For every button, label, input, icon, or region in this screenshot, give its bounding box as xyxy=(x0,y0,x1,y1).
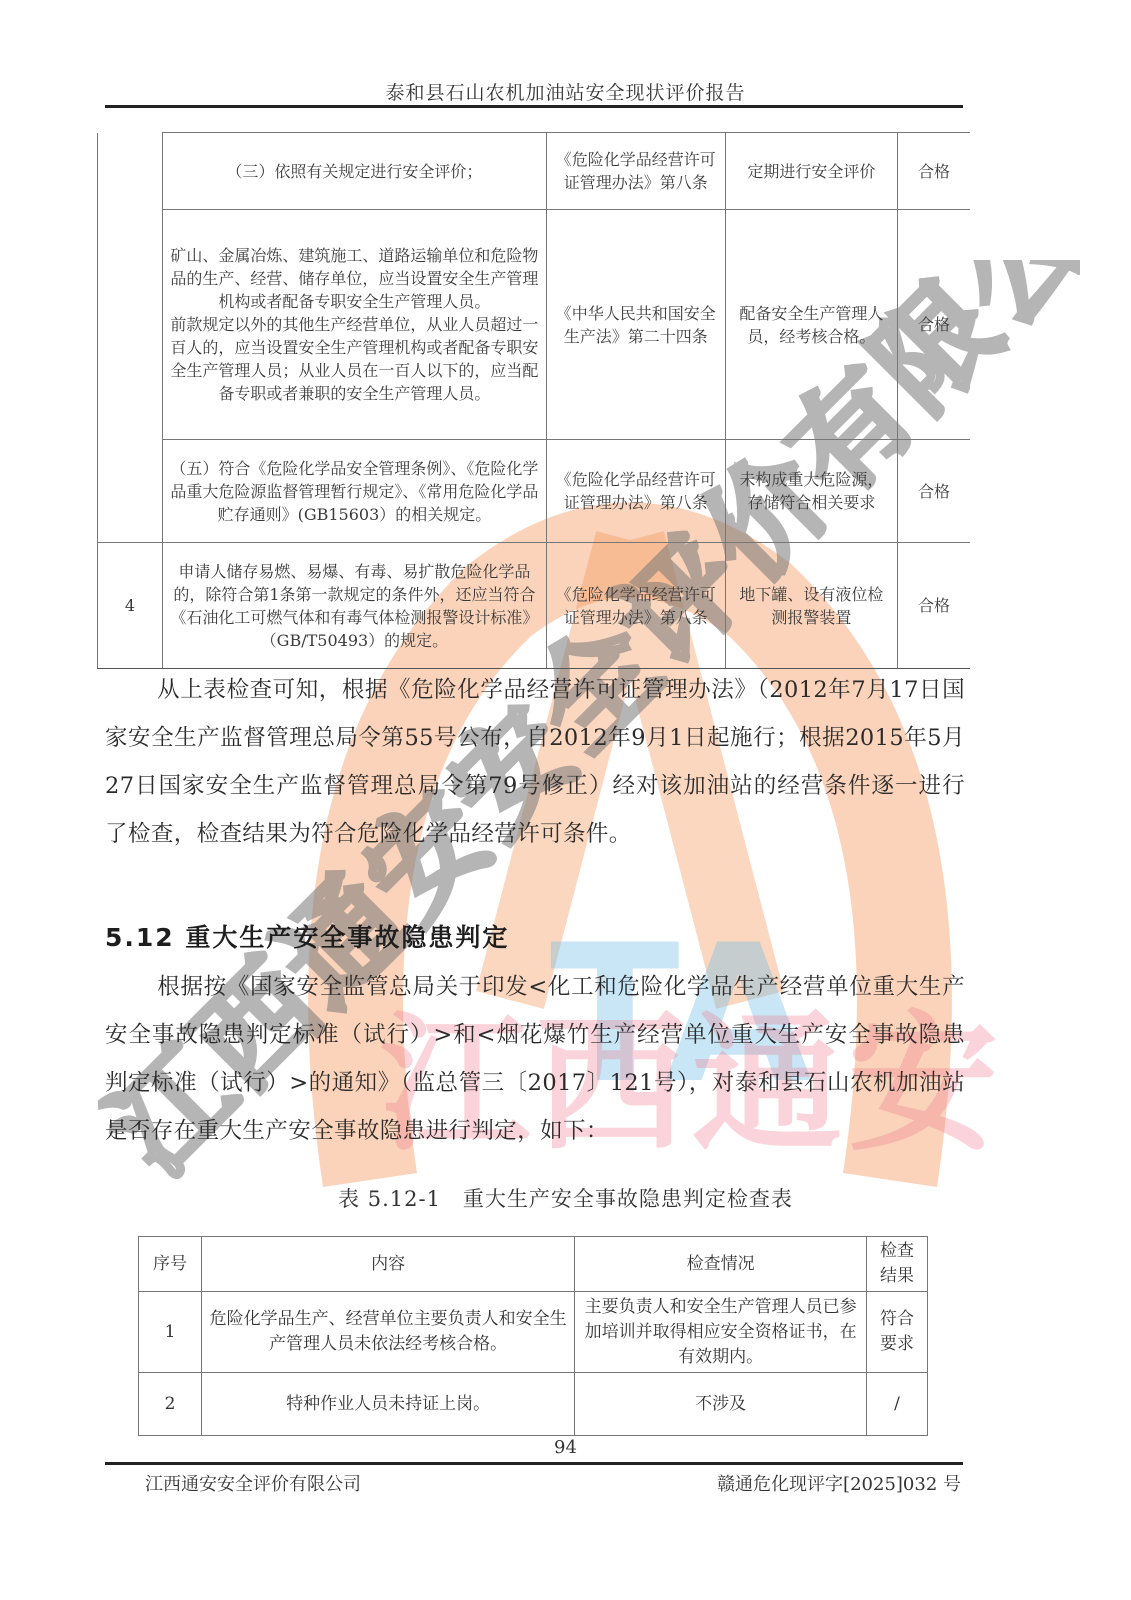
footer-company: 江西通安安全评价有限公司 xyxy=(145,1470,361,1496)
table-cell-result: 合格 xyxy=(898,210,970,440)
conclusion-text: 从上表检查可知，根据《危险化学品经营许可证管理办法》（2012年7月17日国家安… xyxy=(105,677,965,847)
table-cell-basis: 《危险化学品经营许可证管理办法》第八条 xyxy=(547,440,726,543)
table-row: 1 危险化学品生产、经营单位主要负责人和安全生产管理人员未依法经考核合格。 主要… xyxy=(139,1292,928,1373)
table-cell-situation: 主要负责人和安全生产管理人员已参加培训并取得相应安全资格证书，在有效期内。 xyxy=(575,1292,867,1373)
column-header-result: 检查结果 xyxy=(867,1237,928,1292)
column-header-content: 内容 xyxy=(202,1237,575,1292)
table-cell-no: 1 xyxy=(139,1292,202,1373)
table-cell-actual: 未构成重大危险源，存储符合相关要求 xyxy=(725,440,898,543)
document-page: TA 江西通安安全评价有限公司 江西通安 泰和县石山农机加油站安全现状评价报告 … xyxy=(0,0,1131,1600)
table-cell-result: 合格 xyxy=(898,543,970,669)
basis-paragraph: 根据按《国家安全监管总局关于印发<化工和危险化学品生产经营单位重大生产安全事故隐… xyxy=(105,963,965,1155)
table-header-row: 序号 内容 检查情况 检查结果 xyxy=(139,1237,928,1292)
table-cell-no: 2 xyxy=(139,1373,202,1436)
table-cell-content: 矿山、金属冶炼、建筑施工、道路运输单位和危险物品的生产、经营、储存单位，应当设置… xyxy=(162,210,546,440)
table-row: （五）符合《危险化学品安全管理条例》、《危险化学品重大危险源监督管理暂行规定》、… xyxy=(98,440,971,543)
table-row: （三）依照有关规定进行安全评价； 《危险化学品经营许可证管理办法》第八条 定期进… xyxy=(98,133,971,210)
section-heading: 5.12 重大生产安全事故隐患判定 xyxy=(105,918,509,954)
column-header-no: 序号 xyxy=(139,1237,202,1292)
table-row: 4 申请人储存易燃、易爆、有毒、易扩散危险化学品的，除符合第1条第一款规定的条件… xyxy=(98,543,971,669)
table-cell-result: 合格 xyxy=(898,133,970,210)
table-cell-content: 申请人储存易燃、易爆、有毒、易扩散危险化学品的，除符合第1条第一款规定的条件外，… xyxy=(162,543,546,669)
page-number: 94 xyxy=(0,1437,1131,1458)
table-cell-basis: 《危险化学品经营许可证管理办法》第八条 xyxy=(547,543,726,669)
table-cell-actual: 配备安全生产管理人员，经考核合格。 xyxy=(725,210,898,440)
table-cell-basis: 《中华人民共和国安全生产法》第二十四条 xyxy=(547,210,726,440)
table-cell-content: （三）依照有关规定进行安全评价； xyxy=(162,133,546,210)
table-cell-content: 危险化学品生产、经营单位主要负责人和安全生产管理人员未依法经考核合格。 xyxy=(202,1292,575,1373)
table-cell-no xyxy=(98,133,163,543)
table-cell-no: 4 xyxy=(98,543,163,669)
table-cell-situation: 不涉及 xyxy=(575,1373,867,1436)
column-header-situation: 检查情况 xyxy=(575,1237,867,1292)
table-cell-content: 特种作业人员未持证上岗。 xyxy=(202,1373,575,1436)
table-cell-result: 合格 xyxy=(898,440,970,543)
page-header-title: 泰和县石山农机加油站安全现状评价报告 xyxy=(0,78,1131,105)
hazard-check-table: 序号 内容 检查情况 检查结果 1 危险化学品生产、经营单位主要负责人和安全生产… xyxy=(138,1236,928,1436)
header-divider xyxy=(105,105,963,108)
table-cell-actual: 定期进行安全评价 xyxy=(725,133,898,210)
conclusion-paragraph: 从上表检查可知，根据《危险化学品经营许可证管理办法》（2012年7月17日国家安… xyxy=(105,666,965,858)
table-cell-content: （五）符合《危险化学品安全管理条例》、《危险化学品重大危险源监督管理暂行规定》、… xyxy=(162,440,546,543)
table-cell-content-para1: 矿山、金属冶炼、建筑施工、道路运输单位和危险物品的生产、经营、储存单位，应当设置… xyxy=(169,244,540,313)
footer-doc-number: 赣通危化现评字[2025]032 号 xyxy=(717,1470,961,1496)
license-conditions-table: （三）依照有关规定进行安全评价； 《危险化学品经营许可证管理办法》第八条 定期进… xyxy=(97,132,970,669)
table-cell-actual: 地下罐、设有液位检测报警装置 xyxy=(725,543,898,669)
table-cell-basis: 《危险化学品经营许可证管理办法》第八条 xyxy=(547,133,726,210)
table-row: 2 特种作业人员未持证上岗。 不涉及 / xyxy=(139,1373,928,1436)
table-caption: 表 5.12-1 重大生产安全事故隐患判定检查表 xyxy=(0,1183,1131,1213)
table-cell-content-para2: 前款规定以外的其他生产经营单位，从业人员超过一百人的，应当设置安全生产管理机构或… xyxy=(169,313,540,405)
table-cell-result: 符合要求 xyxy=(867,1292,928,1373)
table-cell-result: / xyxy=(867,1373,928,1436)
footer-divider xyxy=(105,1462,963,1465)
basis-text: 根据按《国家安全监管总局关于印发<化工和危险化学品生产经营单位重大生产安全事故隐… xyxy=(105,974,965,1144)
table-row: 矿山、金属冶炼、建筑施工、道路运输单位和危险物品的生产、经营、储存单位，应当设置… xyxy=(98,210,971,440)
